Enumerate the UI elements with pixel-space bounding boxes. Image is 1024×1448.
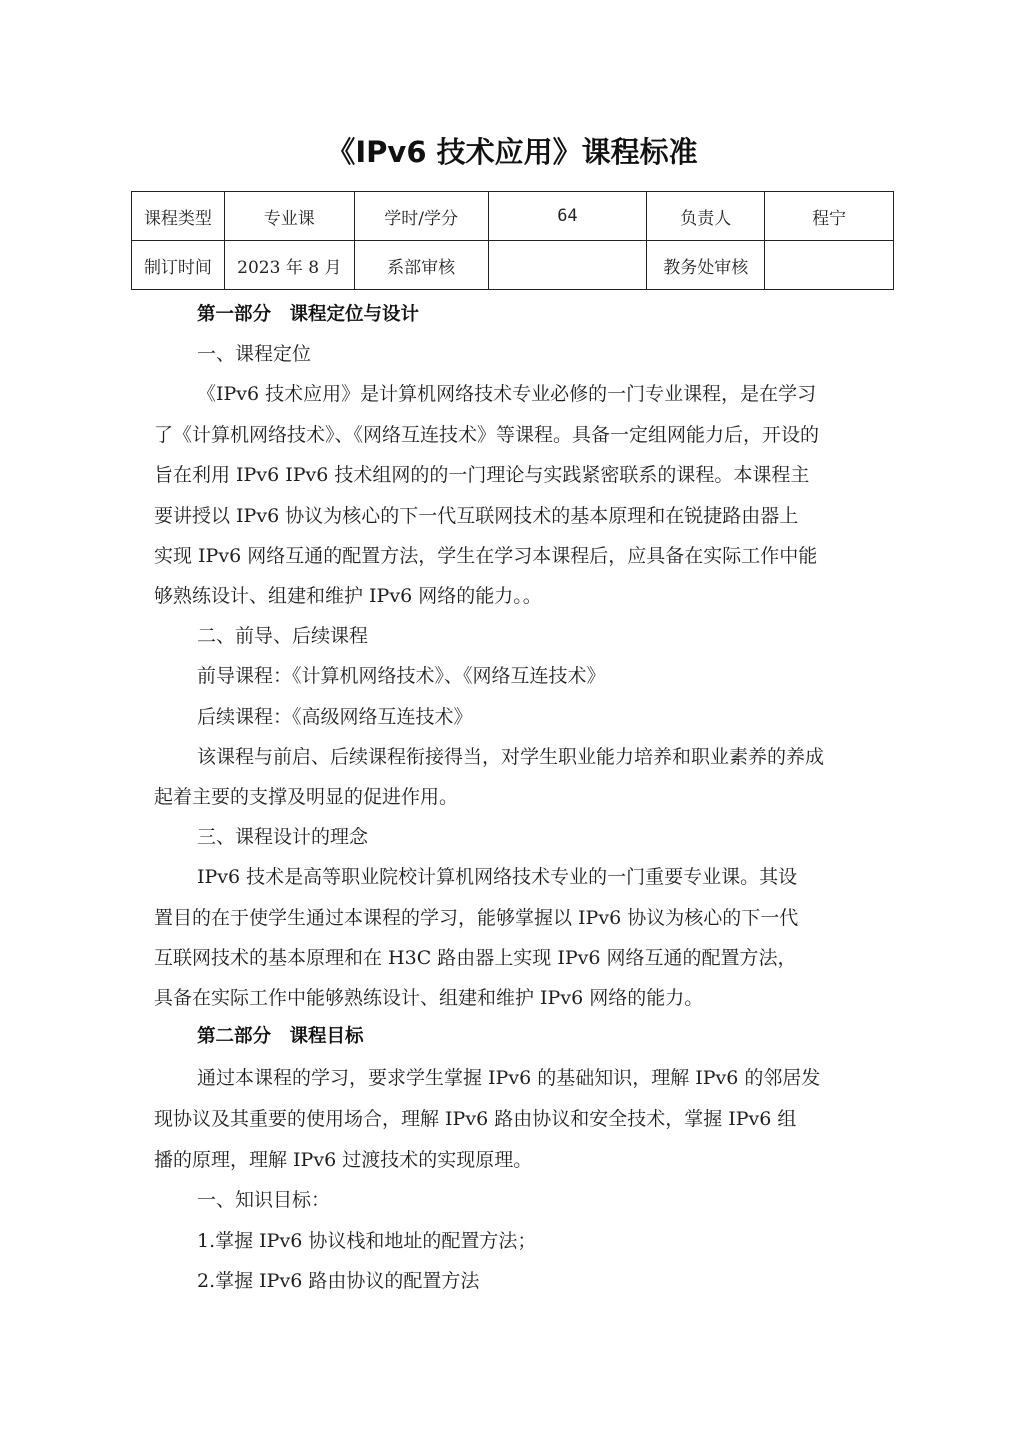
section3-line-2: 置目的在于使学生通过本课程的学习，能够掌握以 IPv6 协议为核心的下一代 xyxy=(154,903,798,930)
section1-line-1: 《IPv6 技术应用》是计算机网络技术专业必修的一门专业课程，是在学习 xyxy=(197,379,816,406)
section1-line-5: 实现 IPv6 网络互通的配置方法，学生在学习本课程后，应具备在实际工作中能 xyxy=(154,541,817,568)
knowledge-goals-heading: 一、知识目标： xyxy=(197,1185,330,1212)
part2-line-1: 通过本课程的学习，要求学生掌握 IPv6 的基础知识，理解 IPv6 的邻居发 xyxy=(197,1063,820,1090)
section1-line-2: 了《计算机网络技术》、《网络互连技术》等课程。具备一定组网能力后，开设的 xyxy=(154,420,819,447)
academic-review-label: 教务处审核 xyxy=(647,241,765,290)
meta-row-1: 课程类型 专业课 学时/学分 64 负责人 程宁 xyxy=(132,192,894,241)
part2-heading: 第二部分 课程目标 xyxy=(197,1022,364,1048)
section2-line-2: 起着主要的支撑及明显的促进作用。 xyxy=(154,782,458,809)
section2-heading: 二、前导、后续课程 xyxy=(197,621,368,648)
section2-line-1: 该课程与前启、后续课程衔接得当，对学生职业能力培养和职业素养的养成 xyxy=(197,742,824,769)
document-title: 《IPv6 技术应用》课程标准 xyxy=(0,130,1024,171)
section3-line-4: 具备在实际工作中能够熟练设计、组建和维护 IPv6 网络的能力。 xyxy=(154,983,703,1010)
owner-label: 负责人 xyxy=(647,192,765,241)
part1-heading: 第一部分 课程定位与设计 xyxy=(197,300,419,326)
prerequisite-courses: 前导课程：《计算机网络技术》、《网络互连技术》 xyxy=(197,661,606,688)
followup-courses: 后续课程：《高级网络互连技术》 xyxy=(197,702,473,729)
knowledge-goal-1: 1.掌握 IPv6 协议栈和地址的配置方法； xyxy=(197,1226,536,1253)
knowledge-goal-2: 2.掌握 IPv6 路由协议的配置方法 xyxy=(197,1266,479,1293)
section1-line-6: 够熟练设计、组建和维护 IPv6 网络的能力。。 xyxy=(154,581,542,608)
section1-heading: 一、课程定位 xyxy=(197,339,311,366)
hours-credits-value: 64 xyxy=(488,192,647,241)
dept-review-value xyxy=(488,241,647,290)
dept-review-label: 系部审核 xyxy=(354,241,488,290)
course-meta-table: 课程类型 专业课 学时/学分 64 负责人 程宁 制订时间 2023 年 8 月… xyxy=(131,191,894,290)
academic-review-value xyxy=(765,241,894,290)
section1-line-4: 要讲授以 IPv6 协议为核心的下一代互联网技术的基本原理和在锐捷路由器上 xyxy=(154,501,798,528)
section1-line-3: 旨在利用 IPv6 IPv6 技术组网的的一门理论与实践紧密联系的课程。本课程主 xyxy=(154,460,809,487)
owner-value: 程宁 xyxy=(765,192,894,241)
document-page: 《IPv6 技术应用》课程标准 课程类型 专业课 学时/学分 64 负责人 程宁… xyxy=(0,0,1024,1448)
hours-credits-label: 学时/学分 xyxy=(354,192,488,241)
section3-heading: 三、课程设计的理念 xyxy=(197,822,368,849)
part2-line-3: 播的原理，理解 IPv6 过渡技术的实现原理。 xyxy=(154,1145,532,1172)
meta-row-2: 制订时间 2023 年 8 月 系部审核 教务处审核 xyxy=(132,241,894,290)
section3-line-1: IPv6 技术是高等职业院校计算机网络技术专业的一门重要专业课。其设 xyxy=(197,862,797,889)
date-value: 2023 年 8 月 xyxy=(224,241,354,290)
course-type-label: 课程类型 xyxy=(132,192,225,241)
course-type-value: 专业课 xyxy=(224,192,354,241)
part2-line-2: 现协议及其重要的使用场合，理解 IPv6 路由协议和安全技术，掌握 IPv6 组 xyxy=(154,1104,796,1131)
section3-line-3: 互联网技术的基本原理和在 H3C 路由器上实现 IPv6 网络互通的配置方法， xyxy=(154,943,796,970)
date-label: 制订时间 xyxy=(132,241,225,290)
